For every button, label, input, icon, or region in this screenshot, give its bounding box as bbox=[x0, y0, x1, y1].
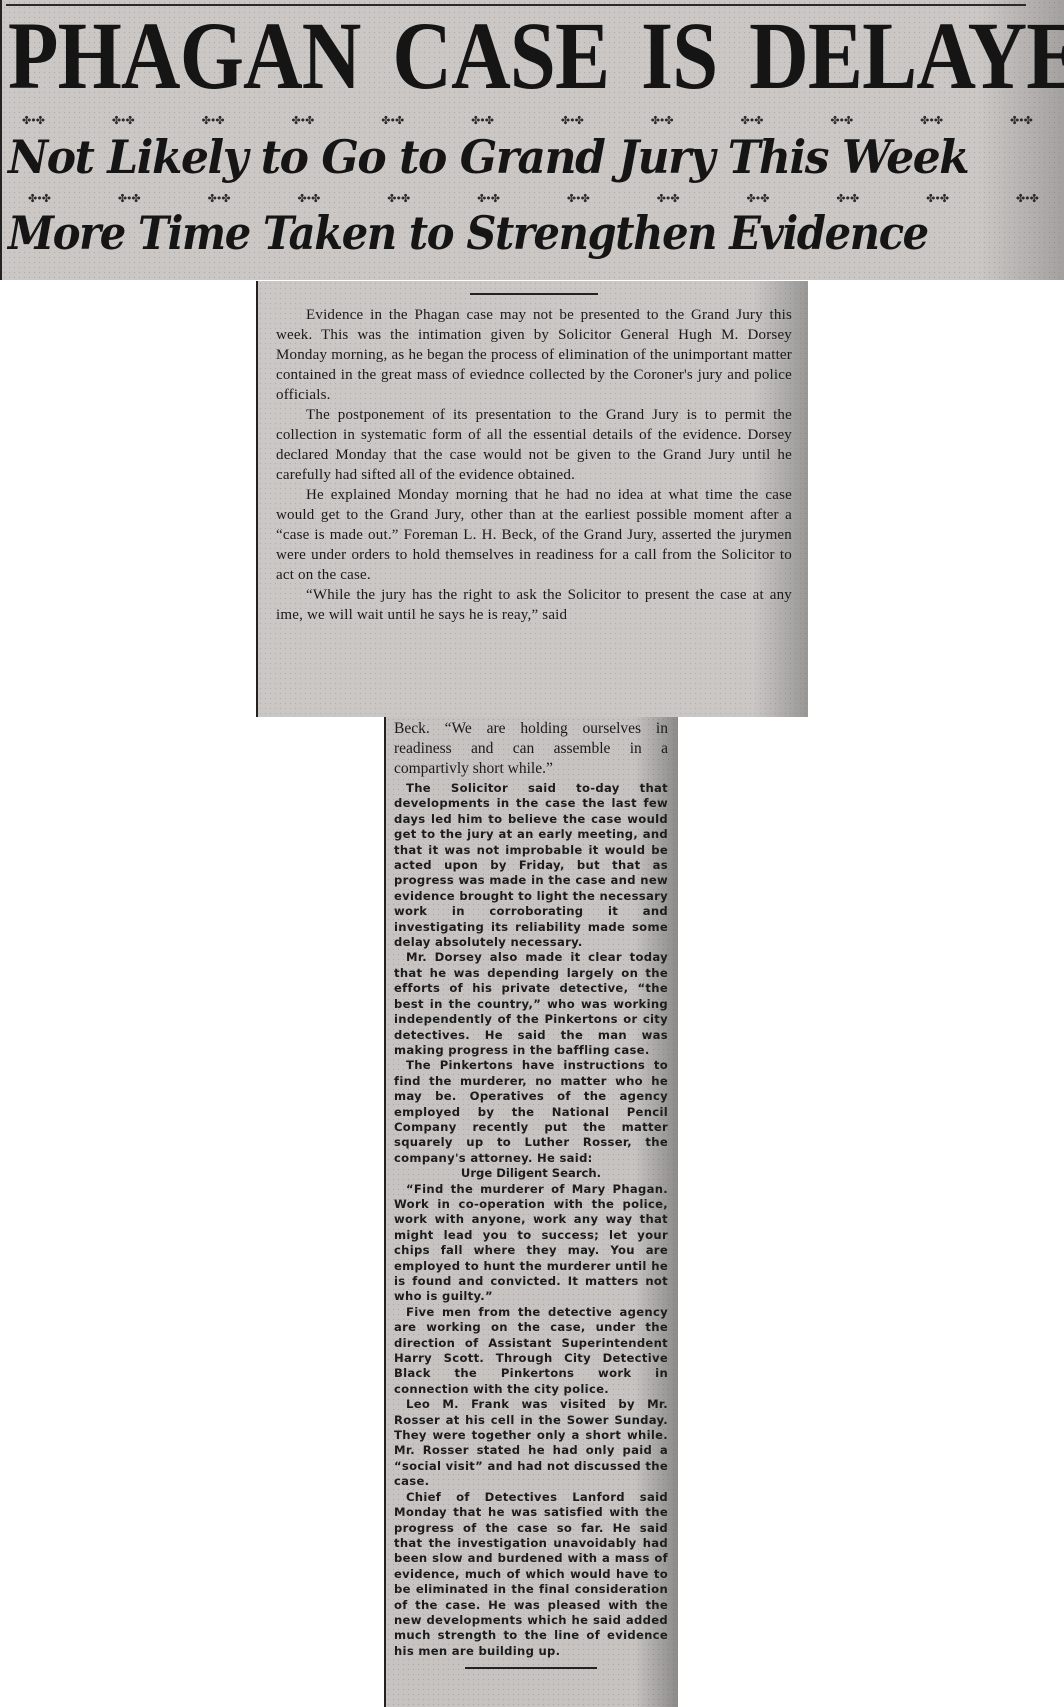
article-paragraph: The Pinkertons have instructions to find… bbox=[394, 1058, 668, 1166]
article-column-narrow: Beck. “We are holding ourselves in readi… bbox=[384, 717, 678, 1707]
ornament-icon: ✤•✤ bbox=[657, 193, 679, 205]
ornament-icon: ✤•✤ bbox=[651, 115, 673, 127]
article-paragraph: Chief of Detectives Lanford said Monday … bbox=[394, 1490, 668, 1659]
article-paragraph: The Solicitor said to-day that developme… bbox=[394, 781, 668, 950]
ornament-icon: ✤•✤ bbox=[202, 115, 224, 127]
article-subhead: Urge Diligent Search. bbox=[394, 1166, 668, 1181]
article-end-rule bbox=[465, 1667, 597, 1669]
article-paragraph: “While the jury has the right to ask the… bbox=[276, 585, 792, 625]
main-headline: PHAGAN CASE IS DELAYED bbox=[8, 8, 902, 104]
article-paragraph: Five men from the detective agency are w… bbox=[394, 1305, 668, 1397]
article-column-wide: Evidence in the Phagan case may not be p… bbox=[256, 281, 808, 717]
ornament-icon: ✤•✤ bbox=[1010, 115, 1032, 127]
ornament-icon: ✤•✤ bbox=[926, 193, 948, 205]
article-paragraph: Mr. Dorsey also made it clear today that… bbox=[394, 950, 668, 1058]
article-paragraph: The postponement of its presentation to … bbox=[276, 405, 792, 485]
ornament-icon: ✤•✤ bbox=[830, 115, 852, 127]
ornament-icon: ✤•✤ bbox=[297, 193, 319, 205]
ornament-icon: ✤•✤ bbox=[112, 115, 134, 127]
dingbat-row-ornament: ✤•✤ ✤•✤ ✤•✤ ✤•✤ ✤•✤ ✤•✤ ✤•✤ ✤•✤ ✤•✤ ✤•✤ … bbox=[28, 193, 1038, 205]
article-paragraph: Leo M. Frank was visited by Mr. Rosser a… bbox=[394, 1397, 668, 1489]
ornament-icon: ✤•✤ bbox=[561, 115, 583, 127]
subheadline-deck-2: More Time Taken to Strengthen Evidence bbox=[8, 208, 928, 258]
headline-block: PHAGAN CASE IS DELAYED ✤•✤ ✤•✤ ✤•✤ ✤•✤ ✤… bbox=[0, 0, 1064, 280]
ornament-icon: ✤•✤ bbox=[291, 115, 313, 127]
article-paragraph: Evidence in the Phagan case may not be p… bbox=[276, 305, 792, 405]
ornament-icon: ✤•✤ bbox=[387, 193, 409, 205]
article-paragraph: “Find the murderer of Mary Phagan. Work … bbox=[394, 1182, 668, 1305]
ornament-icon: ✤•✤ bbox=[471, 115, 493, 127]
ornament-icon: ✤•✤ bbox=[836, 193, 858, 205]
dingbat-row-ornament: ✤•✤ ✤•✤ ✤•✤ ✤•✤ ✤•✤ ✤•✤ ✤•✤ ✤•✤ ✤•✤ ✤•✤ … bbox=[22, 115, 1032, 127]
article-paragraph: He explained Monday morning that he had … bbox=[276, 485, 792, 585]
ornament-icon: ✤•✤ bbox=[747, 193, 769, 205]
ornament-icon: ✤•✤ bbox=[920, 115, 942, 127]
ornament-icon: ✤•✤ bbox=[1016, 193, 1038, 205]
ornament-icon: ✤•✤ bbox=[22, 115, 44, 127]
ornament-icon: ✤•✤ bbox=[208, 193, 230, 205]
ornament-icon: ✤•✤ bbox=[477, 193, 499, 205]
ornament-icon: ✤•✤ bbox=[28, 193, 50, 205]
ornament-icon: ✤•✤ bbox=[567, 193, 589, 205]
column-rule-divider bbox=[470, 293, 598, 295]
ornament-icon: ✤•✤ bbox=[381, 115, 403, 127]
ornament-icon: ✤•✤ bbox=[118, 193, 140, 205]
ornament-icon: ✤•✤ bbox=[741, 115, 763, 127]
article-paragraph-continued: Beck. “We are holding ourselves in readi… bbox=[394, 719, 668, 779]
subheadline-deck-1: Not Likely to Go to Grand Jury This Week bbox=[8, 132, 968, 182]
